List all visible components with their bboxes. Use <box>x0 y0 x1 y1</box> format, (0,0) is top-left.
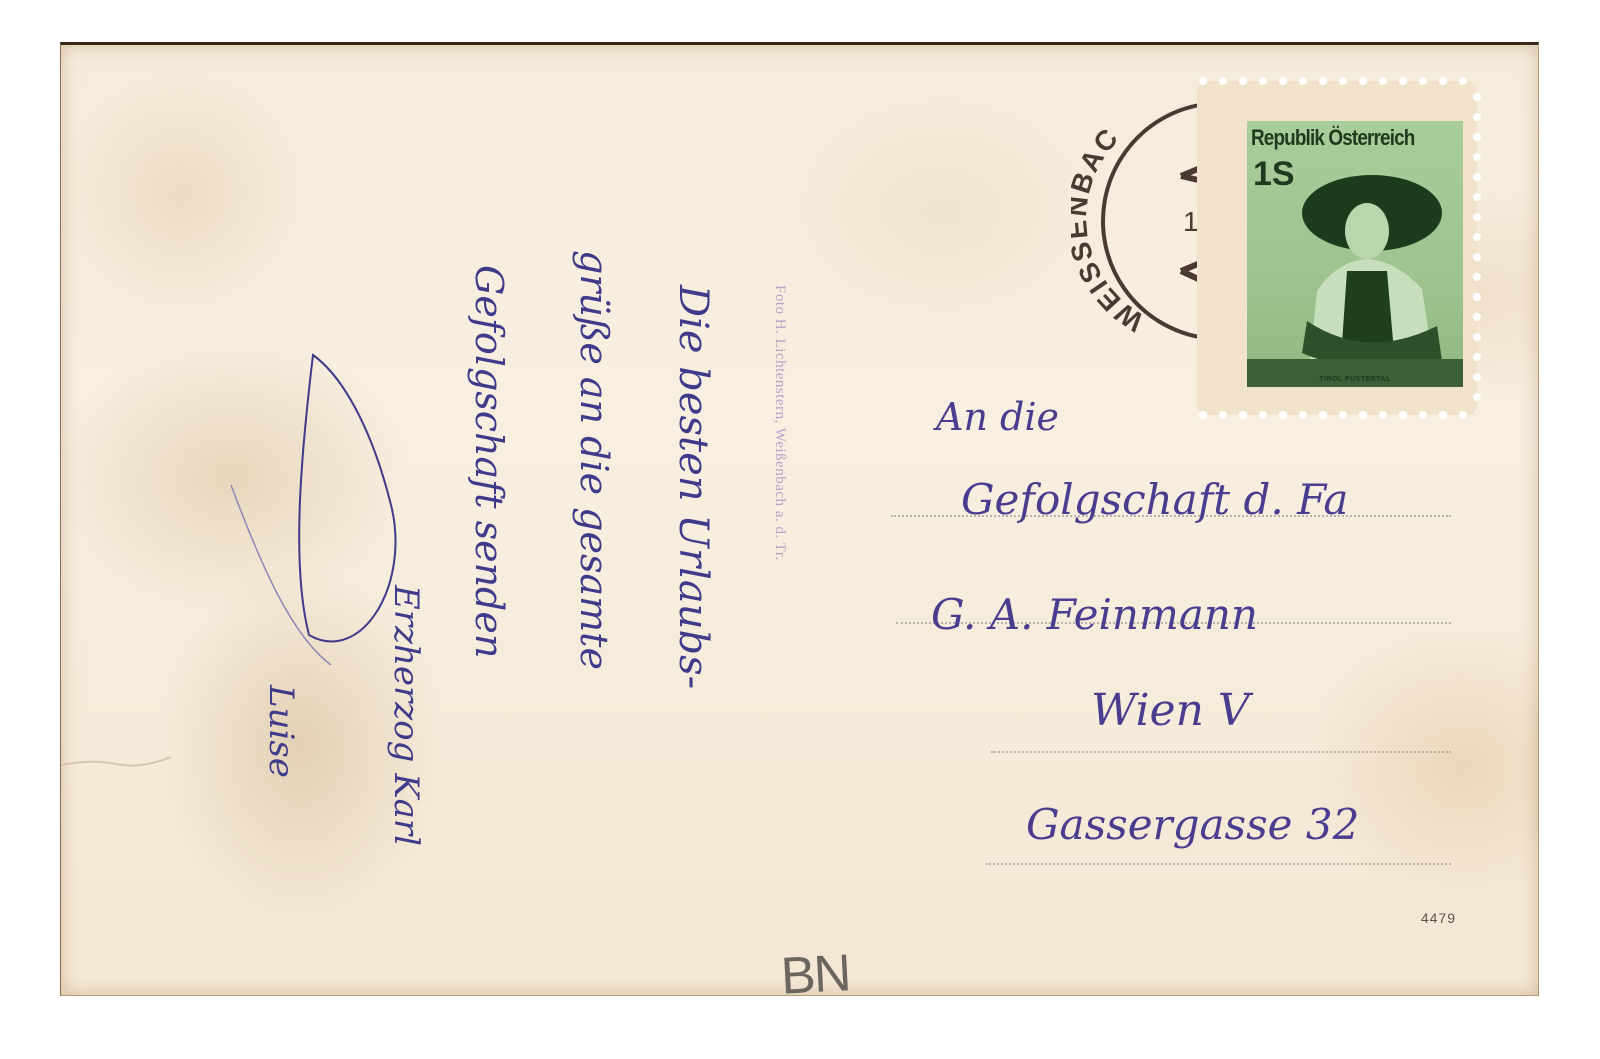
address-line: Gefolgschaft d. Fa <box>961 475 1348 524</box>
stamp-image: Republik Österreich 1S TIROL PUSTERTAL <box>1247 121 1463 387</box>
message-line: grüße an die gesamte <box>572 250 616 670</box>
postage-stamp: Republik Österreich 1S TIROL PUSTERTAL <box>1197 81 1477 415</box>
address-line-rule <box>986 863 1451 865</box>
svg-text:WEISSENBAC: WEISSENBAC <box>1071 121 1149 337</box>
message-line: Gefolgschaft senden <box>467 265 511 658</box>
card-number: 4479 <box>1421 910 1456 926</box>
postmark-place: WEISSENBAC <box>1071 121 1149 337</box>
signature-flourish <box>221 335 421 665</box>
stamp-denomination: 1S <box>1253 155 1295 194</box>
message-line: Die besten Urlaubs- <box>670 285 716 689</box>
photo-credit: Foto H. Lichtenstern, Weißenbach a. d. T… <box>771 285 788 561</box>
address-line: Wien V <box>1091 685 1250 736</box>
stamp-caption: TIROL PUSTERTAL <box>1247 376 1463 383</box>
crease-mark <box>61 755 171 771</box>
address-line: G. A. Feinmann <box>931 590 1258 639</box>
stamp-country: Republik Österreich <box>1251 125 1414 151</box>
signature: Luise <box>261 685 301 778</box>
pencil-annotation: BN <box>779 943 850 1006</box>
postcard: Foto H. Lichtenstern, Weißenbach a. d. T… <box>60 42 1539 996</box>
address-line: An die <box>936 395 1059 439</box>
address-line: Gassergasse 32 <box>1026 800 1359 849</box>
address-line-rule <box>991 751 1451 753</box>
